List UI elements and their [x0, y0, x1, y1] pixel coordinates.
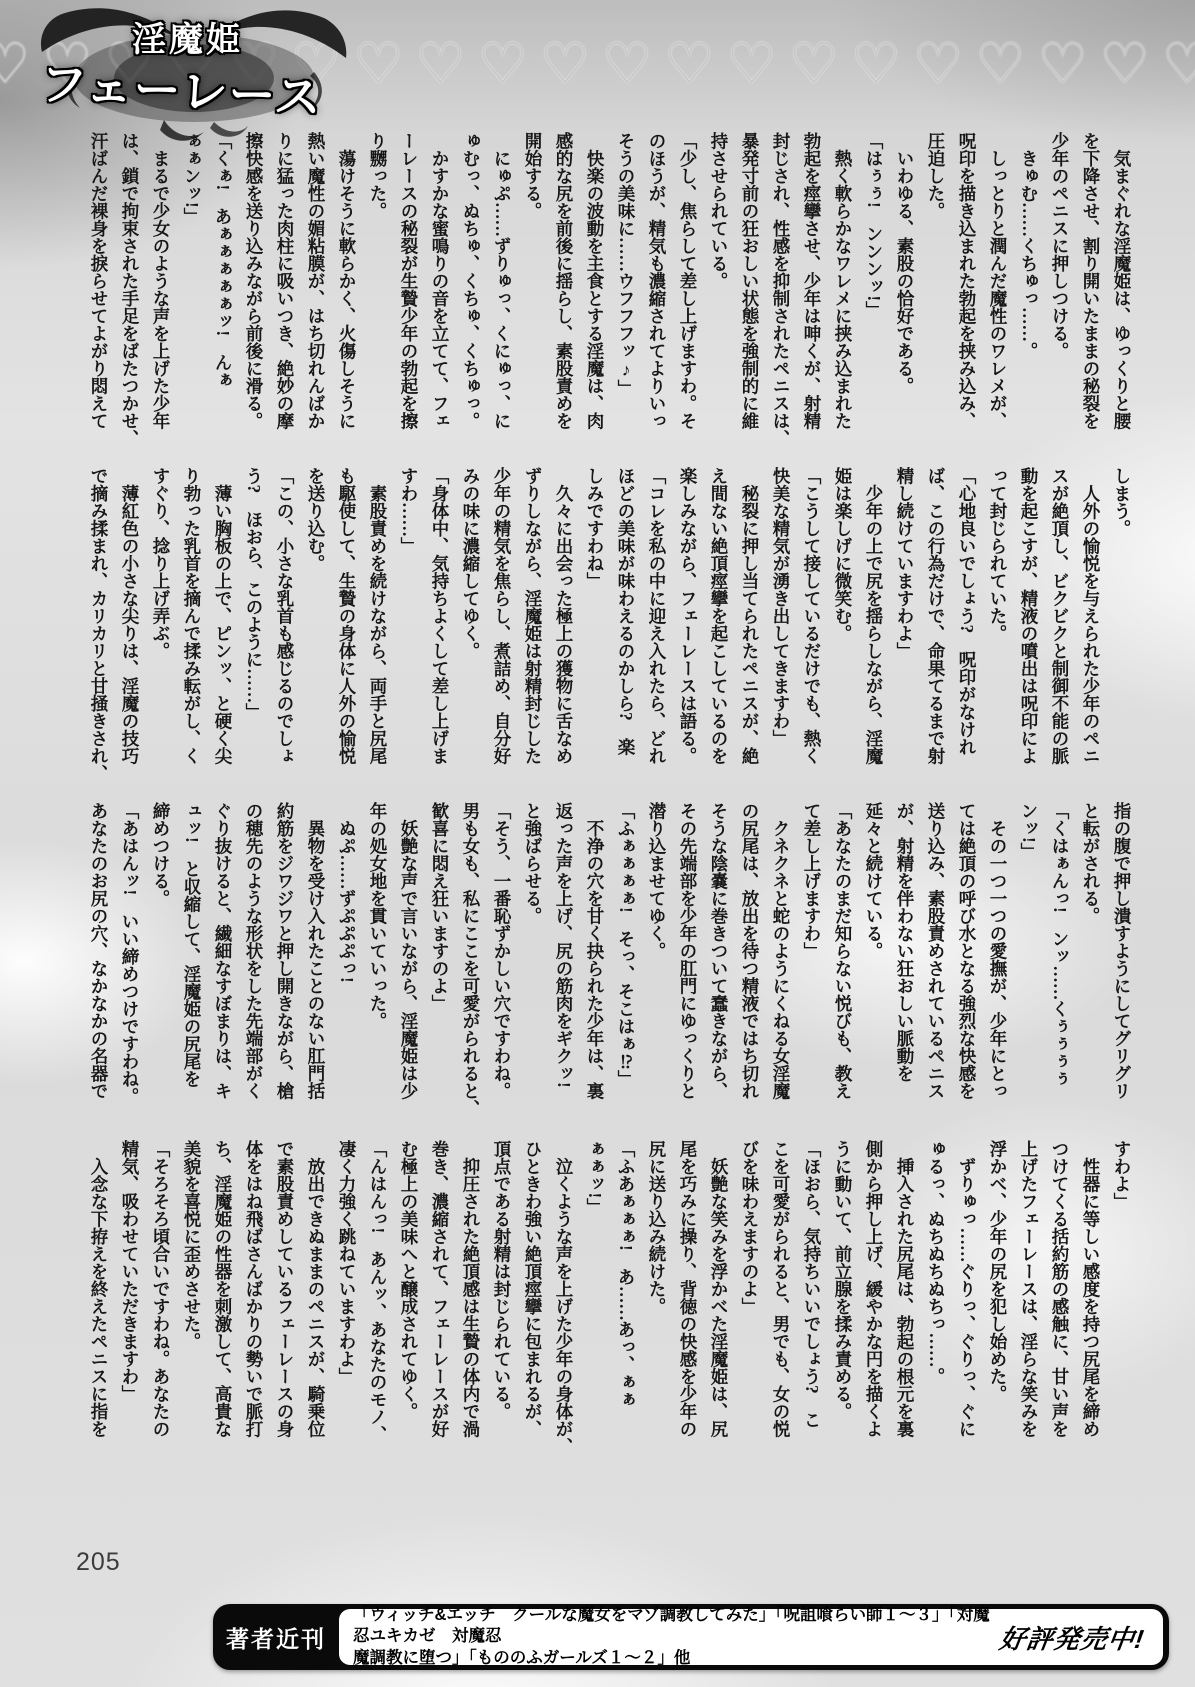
text-band-1: 気まぐれな淫魔姫は、ゆっくりと腰 を下降させ、割り開いたままの秘裂を 少年のペニ… — [83, 132, 1137, 480]
text-band-2: しまう。 人外の愉悦を与えられた少年のペニ スが絶頂し、ビクビクと制御不能の脈 … — [83, 467, 1137, 815]
on-sale-now-badge: 好評発売中! — [988, 1619, 1152, 1656]
novel-page: ♡♡♡♡♡♡♡♡♡♡♡♡♡♡♡♡♡♡♡♡ 淫魔姫 フェーレース 気まぐれな淫魔姫… — [0, 0, 1195, 1687]
author-recent-works-label: 著者近刊 — [213, 1604, 339, 1670]
book-titles-panel: 「ウィッチ&エッチ クールな魔女をマゾ調教してみた」「呪詛喰らい師１〜３」「対魔… — [339, 1609, 1163, 1665]
page-number: 205 — [76, 1548, 121, 1577]
author-books-bar: 著者近刊 「ウィッチ&エッチ クールな魔女をマゾ調教してみた」「呪詛喰らい師１〜… — [213, 1604, 1169, 1670]
book-titles-list: 「ウィッチ&エッチ クールな魔女をマゾ調教してみた」「呪詛喰らい師１〜３」「対魔… — [353, 1605, 990, 1669]
text-band-3: 指の腹で押し潰すようにしてグリグリ と転がされる。 「くはぁんっ! ンッ……くぅ… — [83, 802, 1137, 1150]
text-band-4: すわよ」 性器に等しい感度を持つ尻尾を締め つけてくる括約筋の感触に、甘い声を … — [83, 1140, 1137, 1488]
series-title-block: 淫魔姫 フェーレース — [14, 0, 374, 150]
